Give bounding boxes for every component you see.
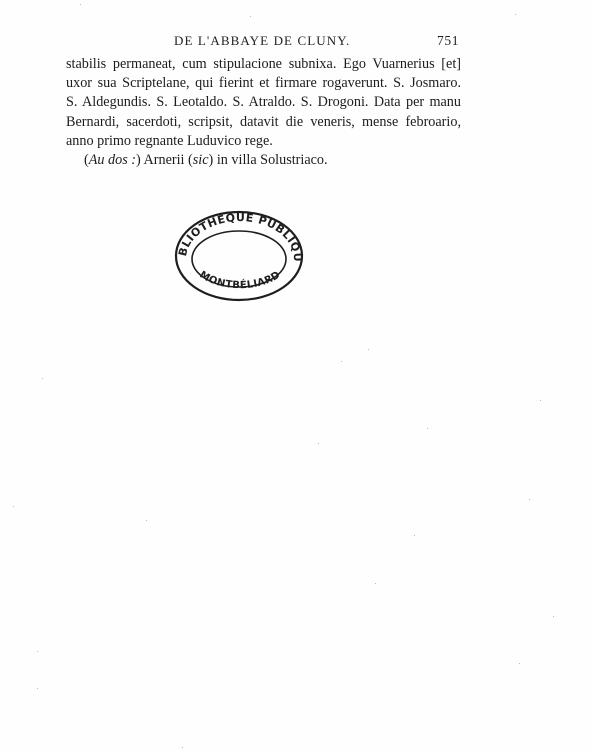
scan-speck (42, 378, 43, 379)
stamp-icon: BIBLIOTHÈQUE PUBLIQUE MONTBÉLIARD (172, 207, 306, 303)
text-line: S. Aldegundis. S. Leotaldo. S. Atraldo. … (66, 93, 461, 112)
scan-speck (13, 506, 14, 507)
running-head: DE L'ABBAYE DE CLUNY. 751 (0, 33, 590, 51)
scan-speck (250, 16, 251, 17)
scan-speck (37, 651, 38, 652)
scan-speck (427, 428, 428, 429)
scan-speck (37, 688, 38, 689)
scan-speck (341, 361, 342, 362)
page-number: 751 (437, 33, 459, 49)
scan-speck (375, 583, 376, 584)
stamp-bottom-text: MONTBÉLIARD (197, 269, 282, 291)
scan-speck (515, 14, 516, 15)
text-line: uxor sua Scriptelane, qui fierint et fir… (66, 74, 461, 93)
scan-speck (318, 443, 319, 444)
scan-speck (368, 349, 369, 350)
svg-text:MONTBÉLIARD: MONTBÉLIARD (197, 269, 282, 291)
scan-speck (519, 663, 520, 664)
scan-speck (146, 520, 147, 521)
document-page: DE L'ABBAYE DE CLUNY. 751 stabilis perma… (0, 0, 590, 750)
endorsement-text: in villa Solustriaco. (213, 152, 327, 168)
text-line: Bernardi, sacerdoti, scripsit, datavit d… (66, 113, 461, 132)
charter-text: stabilis permaneat, cum stipulacione sub… (66, 55, 461, 170)
running-title: DE L'ABBAYE DE CLUNY. (174, 33, 350, 49)
library-stamp: BIBLIOTHÈQUE PUBLIQUE MONTBÉLIARD (172, 207, 306, 303)
endorsement-text: Arnerii (141, 152, 188, 168)
endorsement-line: (Au dos :) Arnerii (sic) in villa Solust… (66, 151, 461, 170)
text-line: anno primo regnante Luduvico rege. (66, 132, 461, 151)
scan-speck (414, 535, 415, 536)
text-line: stabilis permaneat, cum stipulacione sub… (66, 55, 461, 74)
endorsement-label: Au dos : (89, 152, 136, 168)
sic-note: sic (193, 152, 209, 168)
scan-speck (80, 4, 81, 5)
scan-speck (529, 499, 530, 500)
scan-speck (182, 747, 183, 748)
scan-speck (540, 400, 541, 401)
scan-speck (553, 616, 554, 617)
